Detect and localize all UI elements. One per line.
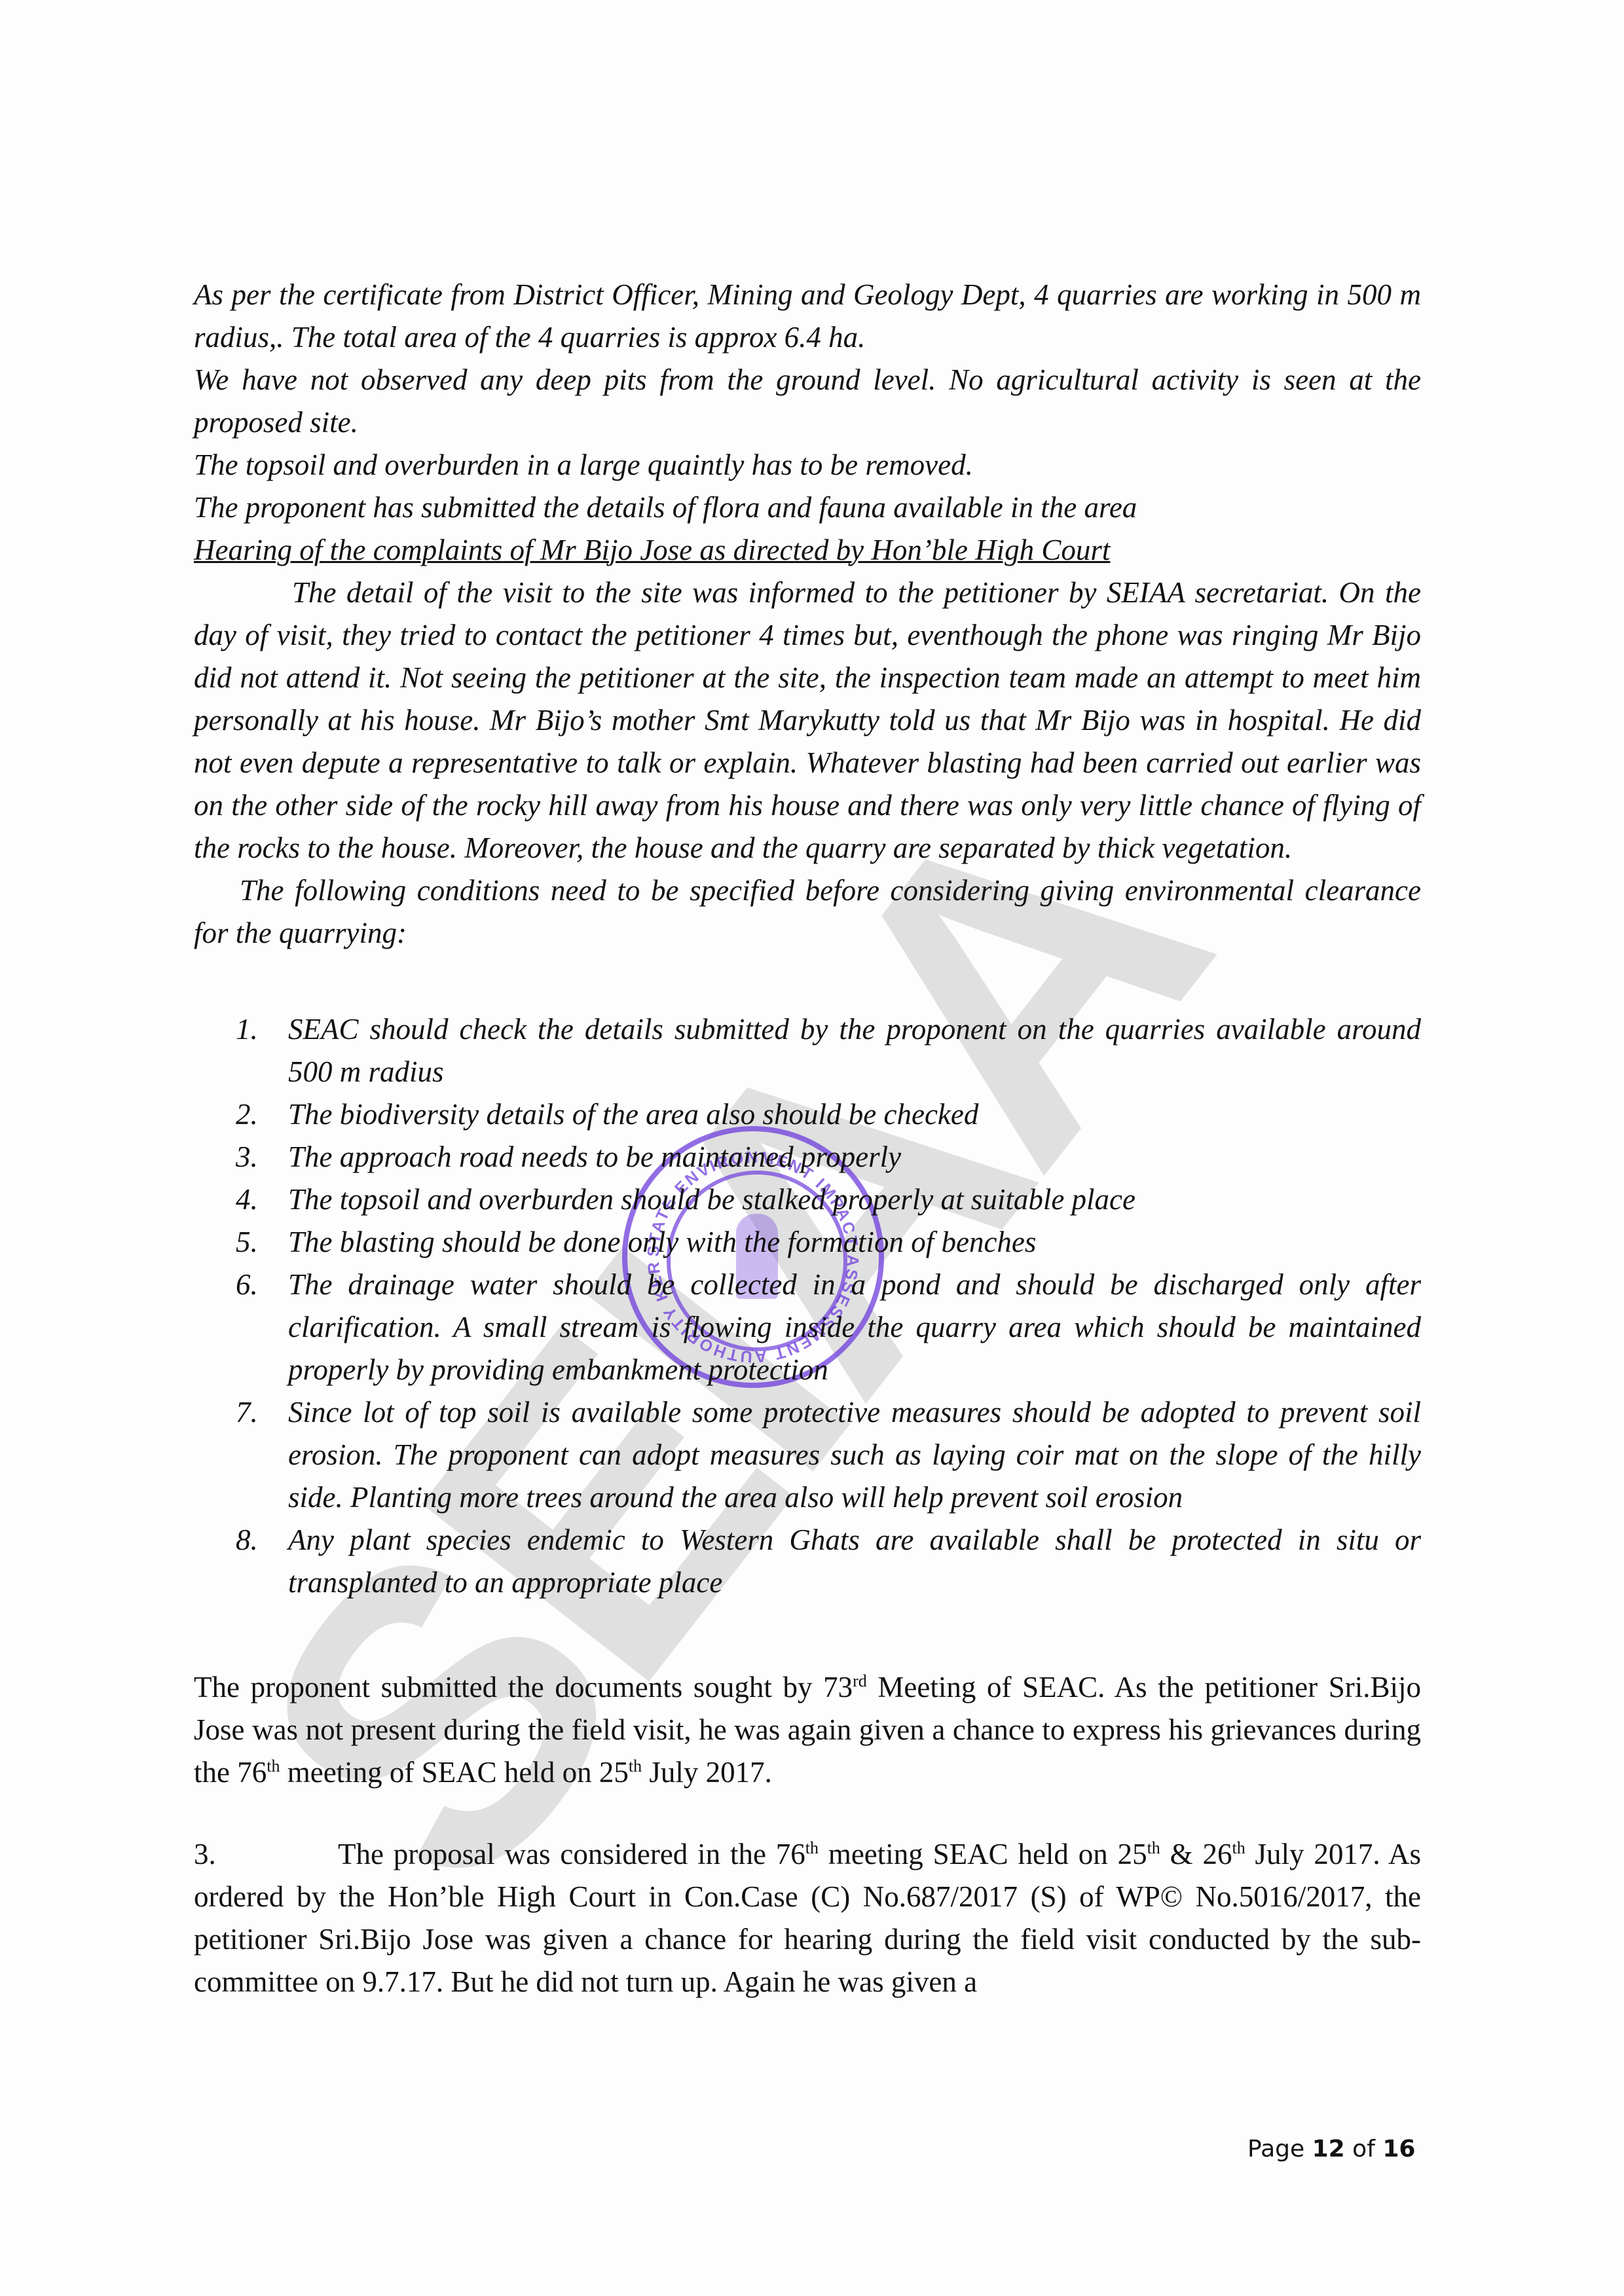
conditions-intro: The following conditions need to be spec… <box>194 869 1421 955</box>
condition-item: 7. Since lot of top soil is available so… <box>236 1391 1421 1519</box>
observation-line: The topsoil and overburden in a large qu… <box>194 444 1421 486</box>
condition-item: 2. The biodiversity details of the area … <box>236 1093 1421 1136</box>
conditions-list: 1. SEAC should check the details submitt… <box>236 1008 1421 1604</box>
document-page: SEIAA STATE ENVIRONMENT IMPACT ASSESSMEN… <box>0 0 1624 2296</box>
hearing-paragraph: The detail of the visit to the site was … <box>194 572 1421 869</box>
observation-line: We have not observed any deep pits from … <box>194 359 1421 444</box>
opening-observations: As per the certificate from District Off… <box>194 274 1421 955</box>
section-number: 3. <box>194 1833 338 1876</box>
condition-item: 5. The blasting should be done only with… <box>236 1221 1421 1264</box>
page-number: Page 12 of 16 <box>1247 2136 1415 2162</box>
condition-item: 3. The approach road needs to be maintai… <box>236 1136 1421 1178</box>
condition-item: 1. SEAC should check the details submitt… <box>236 1008 1421 1093</box>
condition-item: 4. The topsoil and overburden should be … <box>236 1178 1421 1221</box>
condition-item: 6. The drainage water should be collecte… <box>236 1264 1421 1391</box>
section-3-paragraph: 3.The proposal was considered in the 76t… <box>194 1833 1421 2003</box>
observation-line: As per the certificate from District Off… <box>194 274 1421 359</box>
proponent-paragraph: The proponent submitted the documents so… <box>194 1666 1421 1794</box>
observation-line: The proponent has submitted the details … <box>194 486 1421 529</box>
hearing-heading: Hearing of the complaints of Mr Bijo Jos… <box>194 529 1421 572</box>
condition-item: 8. Any plant species endemic to Western … <box>236 1519 1421 1604</box>
